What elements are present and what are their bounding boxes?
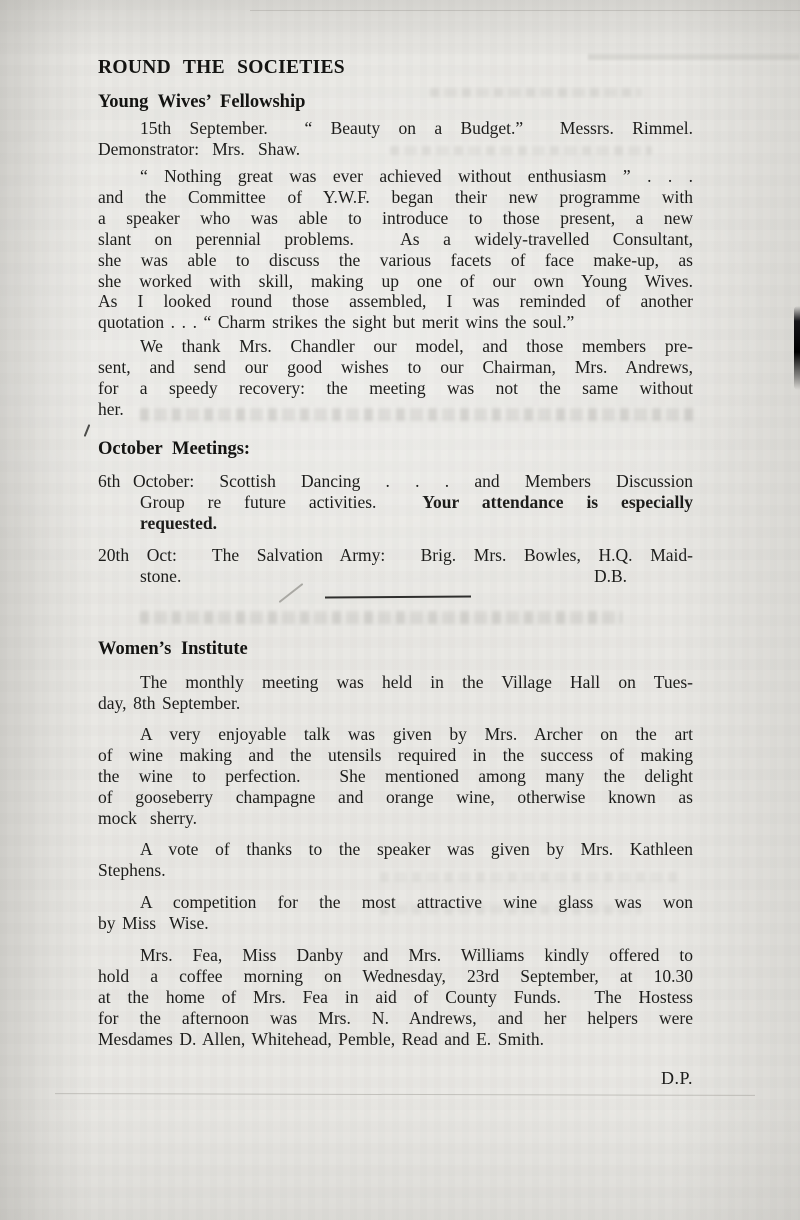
paragraph: 15th September. “ Beauty on a Budget.” M… (98, 118, 693, 160)
text-line: Stephens. (98, 860, 693, 881)
bold-text-run: Your attendance is especially (422, 492, 693, 512)
text-run: stone. (140, 566, 181, 586)
text-line: the wine to perfection. She mentioned am… (98, 766, 693, 787)
text-line: of wine making and the utensils required… (98, 745, 693, 766)
text-run: Group re future activities. (140, 492, 422, 512)
text-line: for a speedy recovery: the meeting was n… (98, 378, 693, 399)
paragraph: “ Nothing great was ever achieved withou… (98, 166, 693, 333)
text-line: 15th September. “ Beauty on a Budget.” M… (98, 118, 693, 139)
text-line: A very enjoyable talk was given by Mrs. … (98, 724, 693, 745)
text-line: Group re future activities. Your attenda… (98, 492, 693, 513)
text-line: her. (98, 399, 693, 420)
text-line: “ Nothing great was ever achieved withou… (98, 166, 693, 187)
paragraph: A competition for the most attractive wi… (98, 892, 693, 934)
text-line: The monthly meeting was held in the Vill… (98, 672, 693, 693)
text-line: of gooseberry champagne and orange wine,… (98, 787, 693, 808)
paper-crease (55, 1093, 755, 1096)
meeting-item: 20th Oct: The Salvation Army: Brig. Mrs.… (98, 545, 693, 587)
text-line: Demonstrator: Mrs. Shaw. (98, 139, 693, 160)
paper-crease (250, 10, 800, 11)
text-line: 6th October: Scottish Dancing . . . and … (98, 471, 693, 492)
paragraph: We thank Mrs. Chandler our model, and th… (98, 336, 693, 420)
text-line: she worked with skill, making up one of … (98, 271, 693, 292)
section-heading-october-meetings: October Meetings: (98, 439, 693, 460)
scan-edge-artifact (794, 306, 800, 390)
text-line: and the Committee of Y.W.F. began their … (98, 187, 693, 208)
meeting-item: 6th October: Scottish Dancing . . . and … (98, 471, 693, 534)
paragraph: A vote of thanks to the speaker was give… (98, 839, 693, 881)
article-title: ROUND THE SOCIETIES (98, 58, 693, 79)
section-divider-rule (325, 595, 471, 598)
text-line: As I looked round those assembled, I was… (98, 291, 693, 312)
text-line: slant on perennial problems. As a widely… (98, 229, 693, 250)
section-heading-womens-institute: Women’s Institute (98, 639, 693, 660)
bleed-through-headline (140, 611, 622, 624)
scanned-newsletter-page: ROUND THE SOCIETIES Young Wives’ Fellows… (0, 0, 800, 1220)
text-line: hold a coffee morning on Wednesday, 23rd… (98, 966, 693, 987)
text-line: she was able to discuss the various face… (98, 250, 693, 271)
contributor-initials: D.B. (594, 566, 627, 587)
text-line: quotation . . . “ Charm strikes the sigh… (98, 312, 693, 333)
text-line: a speaker who was able to introduce to t… (98, 208, 693, 229)
text-line: We thank Mrs. Chandler our model, and th… (98, 336, 693, 357)
text-line: stone.D.B. (98, 566, 693, 587)
text-line: sent, and send our good wishes to our Ch… (98, 357, 693, 378)
text-line: for the afternoon was Mrs. N. Andrews, a… (98, 1008, 693, 1029)
text-line: mock sherry. (98, 808, 693, 829)
text-line: 20th Oct: The Salvation Army: Brig. Mrs.… (98, 545, 693, 566)
bold-text-line: requested. (98, 513, 693, 534)
paragraph: A very enjoyable talk was given by Mrs. … (98, 724, 693, 829)
paragraph: The monthly meeting was held in the Vill… (98, 672, 693, 714)
text-line: Mesdames D. Allen, Whitehead, Pemble, Re… (98, 1029, 693, 1050)
section-heading-young-wives: Young Wives’ Fellowship (98, 92, 693, 113)
text-line: day, 8th September. (98, 693, 693, 714)
text-line: Mrs. Fea, Miss Danby and Mrs. Williams k… (98, 945, 693, 966)
text-line: by Miss Wise. (98, 913, 693, 934)
text-line: A vote of thanks to the speaker was give… (98, 839, 693, 860)
contributor-initials: D.P. (98, 1068, 733, 1089)
text-line: at the home of Mrs. Fea in aid of County… (98, 987, 693, 1008)
text-line: A competition for the most attractive wi… (98, 892, 693, 913)
paragraph: Mrs. Fea, Miss Danby and Mrs. Williams k… (98, 945, 693, 1050)
stray-ink-mark (84, 424, 91, 437)
